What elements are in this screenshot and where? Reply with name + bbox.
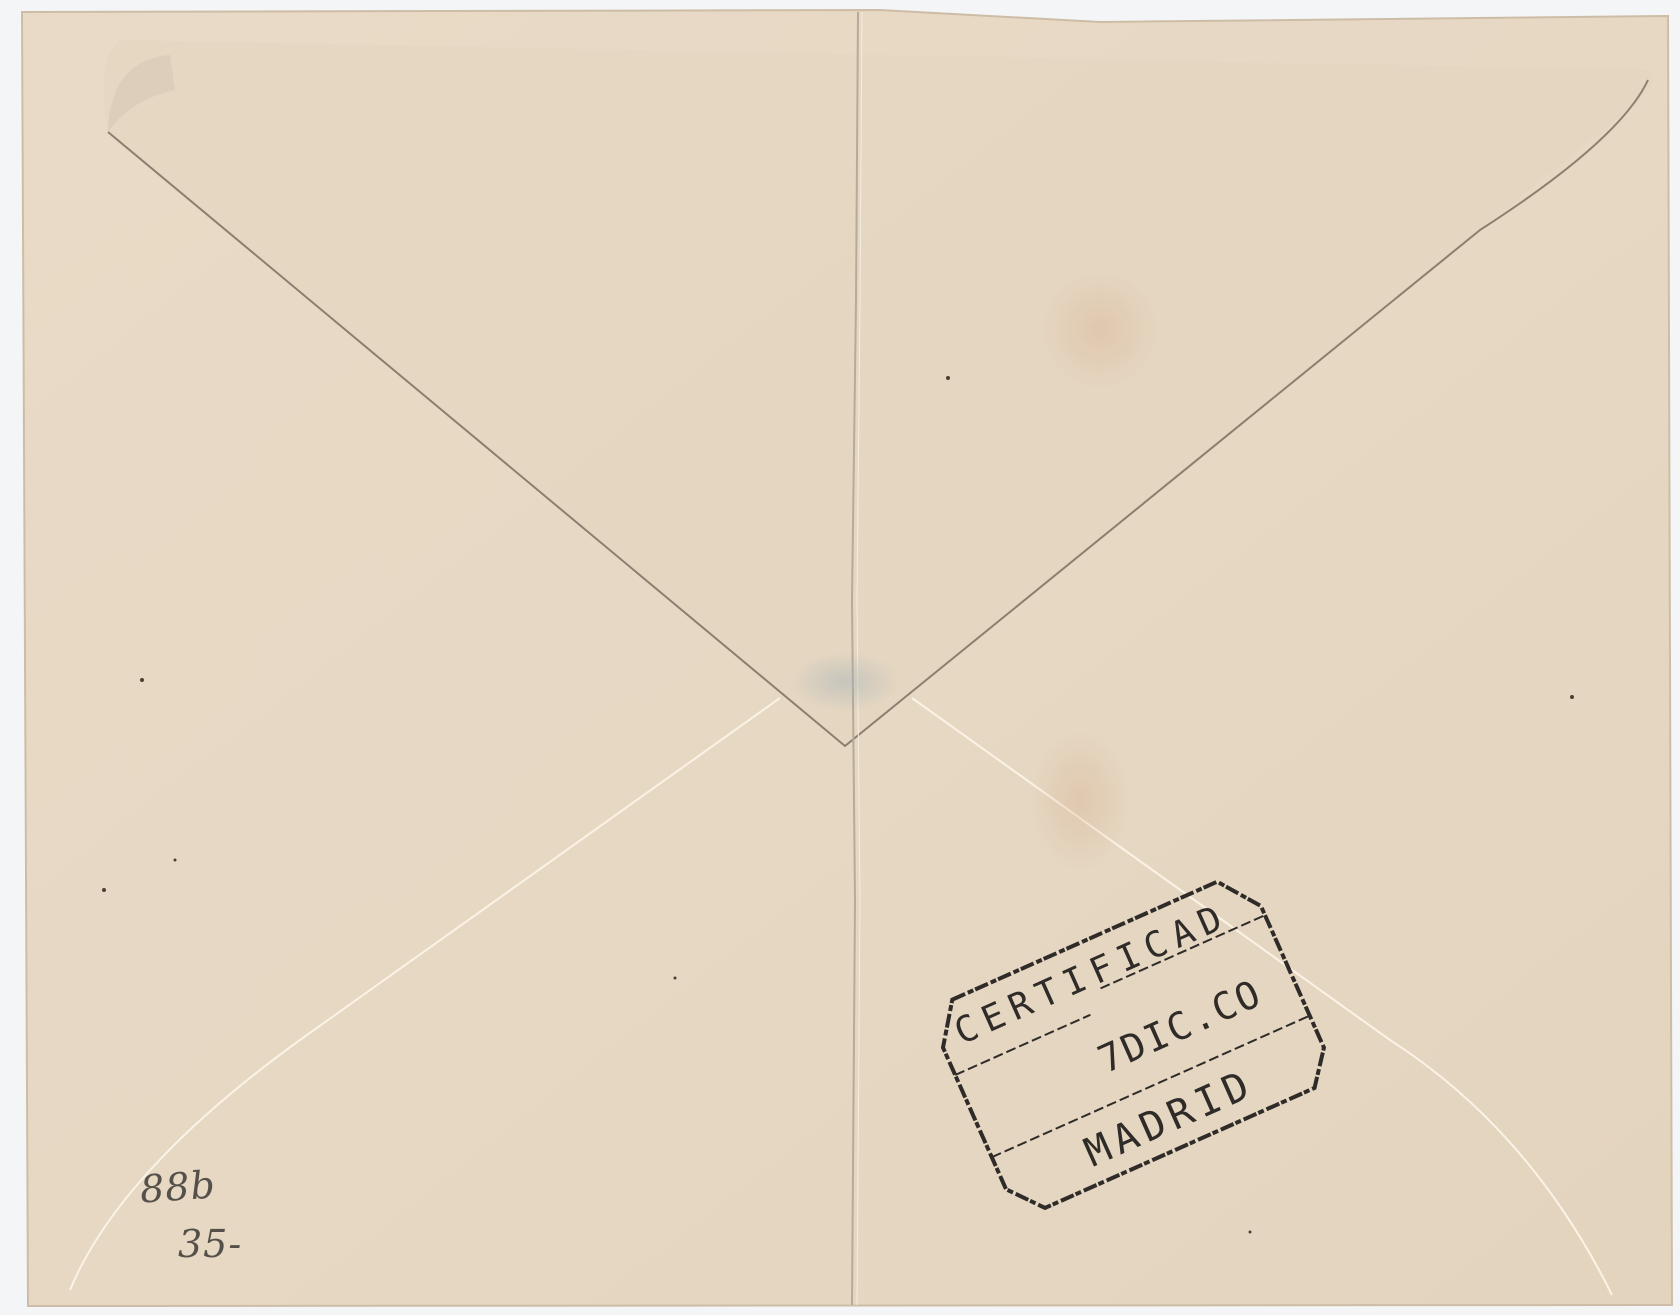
- pencil-note-inventory: 88b: [139, 1162, 218, 1211]
- envelope-scan: CERTIFICAD 7DIC.CO MADRID: [0, 0, 1680, 1315]
- pencil-note-price: 35-: [178, 1222, 242, 1266]
- orange-stain: [1040, 270, 1160, 390]
- blue-stain: [790, 652, 900, 712]
- orange-stain: [1030, 730, 1130, 870]
